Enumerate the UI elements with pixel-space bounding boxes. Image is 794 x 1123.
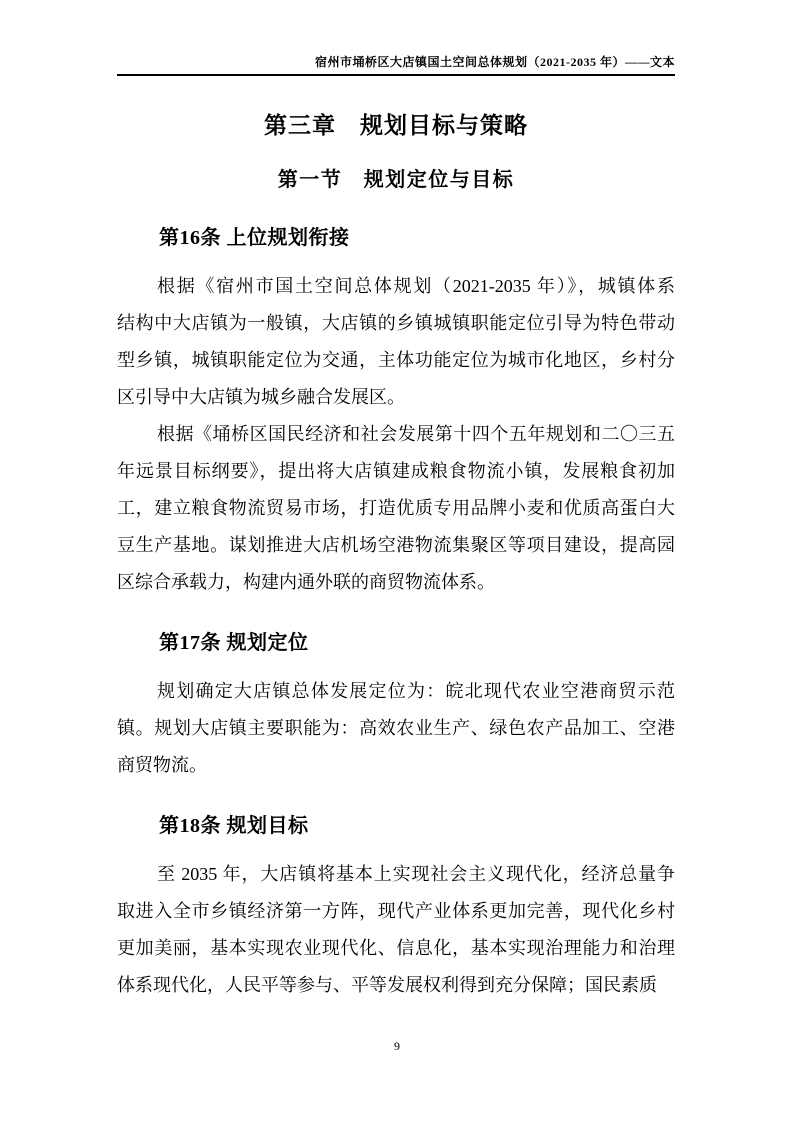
body-line: 区引导中大店镇为城乡融合发展区。: [117, 379, 675, 416]
header-title: 宿州市埇桥区大店镇国土空间总体规划（2021-2035 年）——文本: [315, 55, 675, 69]
body-line: 体系现代化，人民平等参与、平等发展权利得到充分保障；国民素质: [117, 967, 675, 1004]
body-line: 根据《宿州市国土空间总体规划（2021-2035 年）》，城镇体系: [117, 268, 675, 305]
paragraph: 至 2035 年，大店镇将基本上实现社会主义现代化，经济总量争取进入全市乡镇经济…: [117, 856, 675, 1004]
body-line: 商贸物流。: [117, 747, 675, 784]
document-page: 宿州市埇桥区大店镇国土空间总体规划（2021-2035 年）——文本 第三章 规…: [0, 0, 794, 1123]
body-line: 根据《埇桥区国民经济和社会发展第十四个五年规划和二〇三五: [117, 416, 675, 453]
body-line: 更加美丽，基本实现农业现代化、信息化，基本实现治理能力和治理: [117, 930, 675, 967]
body-line: 区综合承载力，构建内通外联的商贸物流体系。: [117, 564, 675, 601]
body-line: 规划确定大店镇总体发展定位为：皖北现代农业空港商贸示范: [117, 673, 675, 710]
body-line: 豆生产基地。谋划推进大店机场空港物流集聚区等项目建设，提高园: [117, 527, 675, 564]
document-content: 第三章 规划目标与策略 第一节 规划定位与目标 第16条 上位规划衔接根据《宿州…: [117, 100, 675, 1004]
page-header: 宿州市埇桥区大店镇国土空间总体规划（2021-2035 年）——文本: [117, 54, 675, 76]
article-heading: 第18条 规划目标: [117, 812, 675, 840]
body-line: 结构中大店镇为一般镇，大店镇的乡镇城镇职能定位引导为特色带动: [117, 305, 675, 342]
paragraph: 规划确定大店镇总体发展定位为：皖北现代农业空港商贸示范镇。规划大店镇主要职能为：…: [117, 673, 675, 784]
section-title: 第一节 规划定位与目标: [117, 167, 675, 194]
article-heading: 第16条 上位规划衔接: [117, 224, 675, 252]
chapter-title: 第三章 规划目标与策略: [117, 100, 675, 140]
body-line: 型乡镇，城镇职能定位为交通，主体功能定位为城市化地区，乡村分: [117, 342, 675, 379]
articles-container: 第16条 上位规划衔接根据《宿州市国土空间总体规划（2021-2035 年）》，…: [117, 224, 675, 1004]
body-line: 年远景目标纲要》，提出将大店镇建成粮食物流小镇，发展粮食初加: [117, 453, 675, 490]
article-heading: 第17条 规划定位: [117, 629, 675, 657]
body-line: 至 2035 年，大店镇将基本上实现社会主义现代化，经济总量争: [117, 856, 675, 893]
body-line: 镇。规划大店镇主要职能为：高效农业生产、绿色农产品加工、空港: [117, 710, 675, 747]
body-line: 工，建立粮食物流贸易市场，打造优质专用品牌小麦和优质高蛋白大: [117, 490, 675, 527]
paragraph: 根据《宿州市国土空间总体规划（2021-2035 年）》，城镇体系结构中大店镇为…: [117, 268, 675, 416]
paragraph: 根据《埇桥区国民经济和社会发展第十四个五年规划和二〇三五年远景目标纲要》，提出将…: [117, 416, 675, 601]
page-number: 9: [0, 1038, 794, 1054]
body-line: 取进入全市乡镇经济第一方阵，现代产业体系更加完善，现代化乡村: [117, 893, 675, 930]
